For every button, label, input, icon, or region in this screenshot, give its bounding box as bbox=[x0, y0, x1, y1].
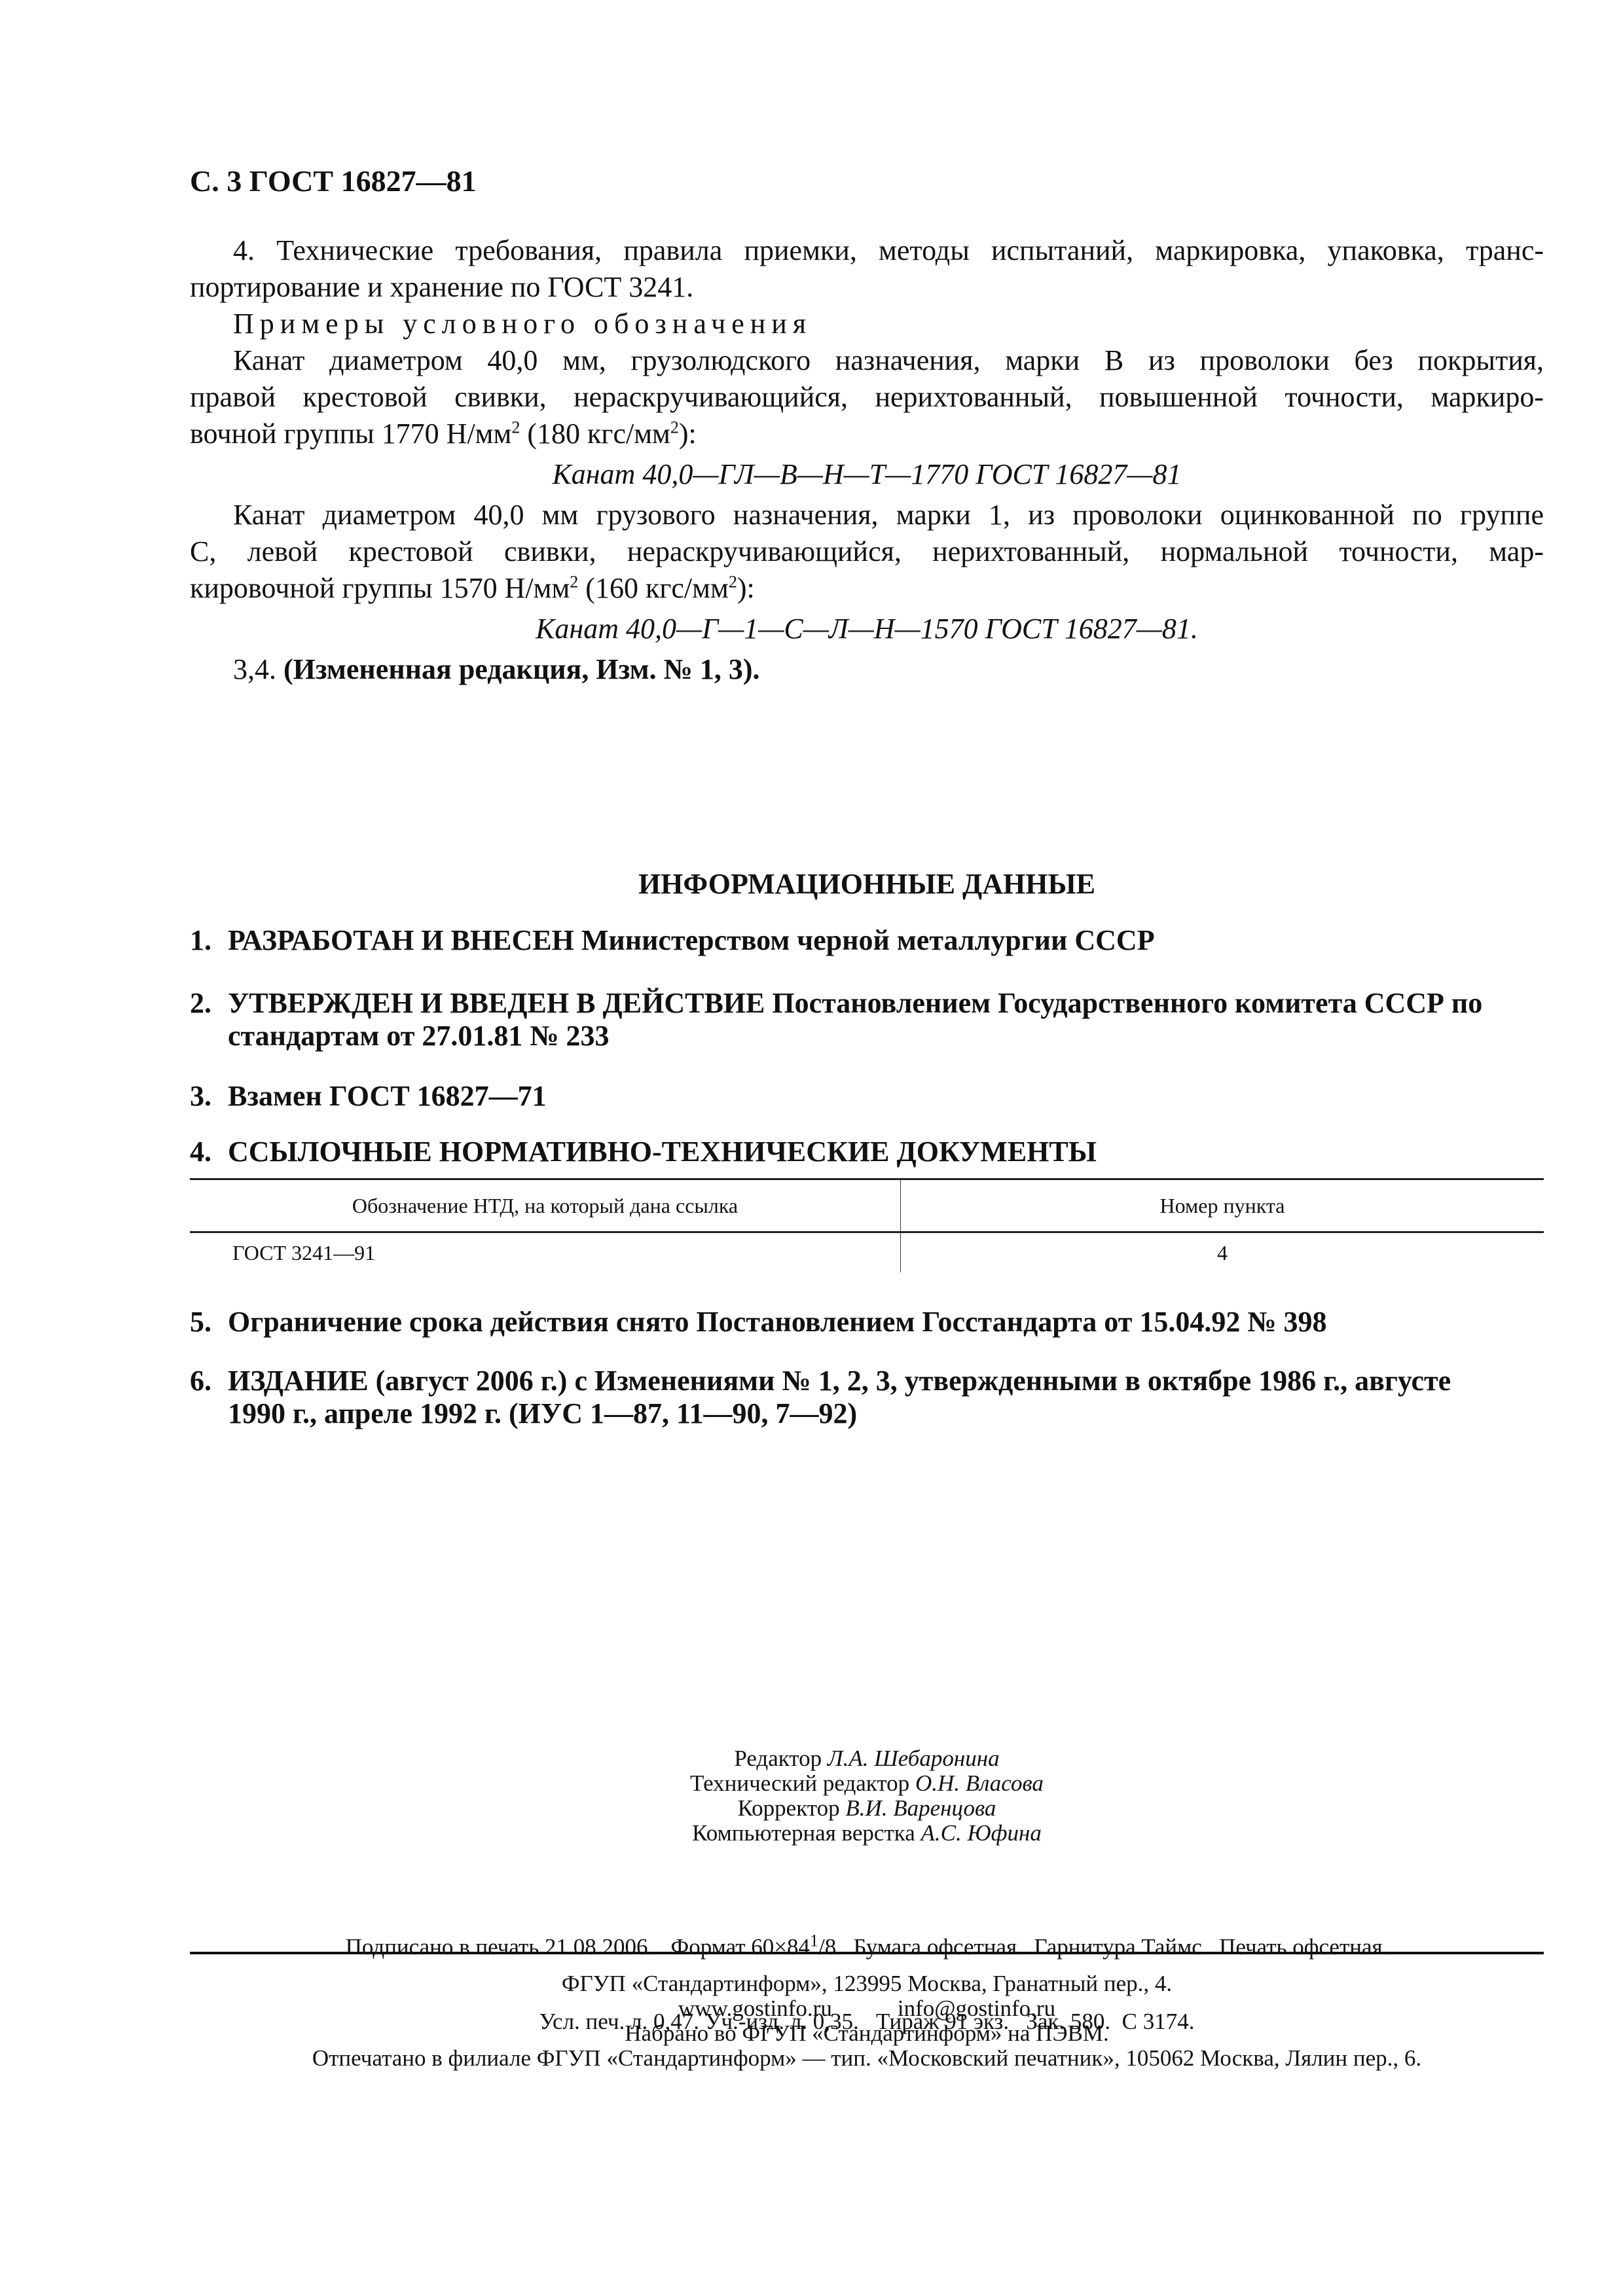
info-item-4: 4.ССЫЛОЧНЫЕ НОРМАТИВНО-ТЕХНИЧЕСКИЕ ДОКУМ… bbox=[190, 1136, 1097, 1168]
item-number: 3. bbox=[190, 1080, 228, 1113]
section-4-line1: 4. Технические требования, правила прием… bbox=[190, 232, 1544, 269]
typeset-note: Набрано во ФГУП «Стандартинформ» на ПЭВМ… bbox=[190, 2021, 1544, 2046]
footer: ФГУП «Стандартинформ», 123995 Москва, Гр… bbox=[190, 1971, 1544, 2071]
item-number: 1. bbox=[190, 924, 228, 957]
text: Подписано в печать 21.08.2006. Формат 60… bbox=[346, 1934, 810, 1960]
table-cell-clause: 4 bbox=[901, 1232, 1544, 1273]
example1-code: Канат 40,0—ГЛ—В—Н—Т—1770 ГОСТ 16827—81 bbox=[190, 456, 1544, 493]
info-item-5: 5.Ограничение срока действия снято Поста… bbox=[190, 1306, 1327, 1338]
credit-layout: Компьютерная верстка А.С. Юфина bbox=[190, 1821, 1544, 1846]
reference-table: Обозначение НТД, на который дана ссылка … bbox=[190, 1178, 1544, 1272]
item-number: 5. bbox=[190, 1306, 228, 1338]
table-header-row: Обозначение НТД, на который дана ссылка … bbox=[190, 1179, 1544, 1232]
superscript: 2 bbox=[729, 572, 737, 591]
example2-line3: кировочной группы 1570 Н/мм2 (160 кгс/мм… bbox=[190, 570, 1544, 607]
name: Л.А. Шебаронина bbox=[828, 1746, 1000, 1771]
superscript: 2 bbox=[511, 418, 520, 437]
printed-note: Отпечатано в филиале ФГУП «Стандартинфор… bbox=[190, 2046, 1544, 2071]
credit-proofreader: Корректор В.И. Варенцова bbox=[190, 1796, 1544, 1821]
role: Корректор bbox=[738, 1795, 840, 1821]
item-number: 2. bbox=[190, 987, 228, 1020]
table-header-designation: Обозначение НТД, на который дана ссылка bbox=[190, 1179, 901, 1232]
info-item-1: 1.РАЗРАБОТАН И ВНЕСЕН Министерством черн… bbox=[190, 924, 1155, 957]
text: вочной группы 1770 Н/мм bbox=[190, 418, 511, 450]
page-header: С. 3 ГОСТ 16827—81 bbox=[190, 164, 477, 198]
superscript: 1 bbox=[810, 1931, 818, 1950]
text: (180 кгс/мм bbox=[520, 418, 670, 450]
example2-code: Канат 40,0—Г—1—С—Л—Н—1570 ГОСТ 16827—81. bbox=[190, 611, 1544, 647]
role: Технический редактор bbox=[690, 1770, 909, 1796]
amendment-number: 3,4. bbox=[233, 653, 276, 685]
superscript: 2 bbox=[670, 418, 679, 437]
print-line1: Подписано в печать 21.08.2006. Формат 60… bbox=[190, 1935, 1544, 1960]
email-link[interactable]: info@gostinfo.ru bbox=[898, 1996, 1055, 2021]
text: ): bbox=[737, 572, 755, 604]
table-header-clause: Номер пункта bbox=[901, 1179, 1544, 1232]
website-link[interactable]: www.gostinfo.ru bbox=[678, 1996, 832, 2021]
item-text: ССЫЛОЧНЫЕ НОРМАТИВНО-ТЕХНИЧЕСКИЕ ДОКУМЕН… bbox=[228, 1136, 1097, 1168]
text: кировочной группы 1570 Н/мм bbox=[190, 572, 570, 604]
superscript: 2 bbox=[570, 572, 578, 591]
item-text-cont: 1990 г., апреле 1992 г. (ИУС 1—87, 11—90… bbox=[228, 1397, 857, 1429]
info-item-6: 6.ИЗДАНИЕ (август 2006 г.) с Изменениями… bbox=[190, 1365, 1552, 1430]
table-cell-designation: ГОСТ 3241—91 bbox=[190, 1232, 901, 1273]
example1-line3: вочной группы 1770 Н/мм2 (180 кгс/мм2): bbox=[190, 416, 1544, 452]
example2-line2: С, левой крестовой свивки, нераскручиваю… bbox=[190, 533, 1544, 570]
credits: Редактор Л.А. Шебаронина Технический ред… bbox=[190, 1746, 1544, 1846]
divider bbox=[190, 1952, 1544, 1954]
text: ): bbox=[679, 418, 697, 450]
name: В.И. Варенцова bbox=[845, 1795, 996, 1821]
amendment-text: (Измененная редакция, Изм. № 1, 3). bbox=[283, 653, 759, 685]
item-text: УТВЕРЖДЕН И ВВЕДЕН В ДЕЙСТВИЕ Постановле… bbox=[228, 987, 1482, 1019]
role: Редактор bbox=[734, 1746, 822, 1771]
name: А.С. Юфина bbox=[921, 1820, 1042, 1846]
example1-line1: Канат диаметром 40,0 мм, грузолюдского н… bbox=[190, 342, 1544, 379]
item-number: 6. bbox=[190, 1365, 228, 1397]
role: Компьютерная верстка bbox=[692, 1820, 915, 1846]
info-title: ИНФОРМАЦИОННЫЕ ДАННЫЕ bbox=[190, 867, 1544, 901]
amendment-note: 3,4. (Измененная редакция, Изм. № 1, 3). bbox=[190, 651, 1544, 688]
text: (160 кгс/мм bbox=[578, 572, 729, 604]
publisher-address: ФГУП «Стандартинформ», 123995 Москва, Гр… bbox=[190, 1971, 1544, 1996]
credit-editor: Редактор Л.А. Шебаронина bbox=[190, 1746, 1544, 1771]
examples-title: Примеры условного обозначения bbox=[190, 306, 1544, 342]
section-4-line2: портирование и хранение по ГОСТ 3241. bbox=[190, 269, 1544, 306]
info-item-2: 2.УТВЕРЖДЕН И ВВЕДЕН В ДЕЙСТВИЕ Постанов… bbox=[190, 987, 1552, 1052]
item-text-cont: стандартам от 27.01.81 № 233 bbox=[228, 1020, 610, 1052]
name: О.Н. Власова bbox=[915, 1770, 1044, 1796]
example1-line2: правой крестовой свивки, нераскручивающи… bbox=[190, 379, 1544, 416]
item-text: РАЗРАБОТАН И ВНЕСЕН Министерством черной… bbox=[228, 924, 1155, 956]
item-text: ИЗДАНИЕ (август 2006 г.) с Изменениями №… bbox=[228, 1365, 1451, 1397]
section-4: 4. Технические требования, правила прием… bbox=[190, 232, 1544, 688]
text: /8. Бумага офсетная. Гарнитура Таймс. Пе… bbox=[818, 1934, 1388, 1960]
credit-tech-editor: Технический редактор О.Н. Власова bbox=[190, 1771, 1544, 1796]
info-item-3: 3.Взамен ГОСТ 16827—71 bbox=[190, 1080, 547, 1113]
table-row: ГОСТ 3241—91 4 bbox=[190, 1232, 1544, 1273]
item-number: 4. bbox=[190, 1136, 228, 1168]
contacts: www.gostinfo.ruinfo@gostinfo.ru bbox=[190, 1996, 1544, 2021]
item-text: Взамен ГОСТ 16827—71 bbox=[228, 1080, 547, 1112]
item-text: Ограничение срока действия снято Постано… bbox=[228, 1306, 1327, 1338]
example2-line1: Канат диаметром 40,0 мм грузового назнач… bbox=[190, 497, 1544, 533]
